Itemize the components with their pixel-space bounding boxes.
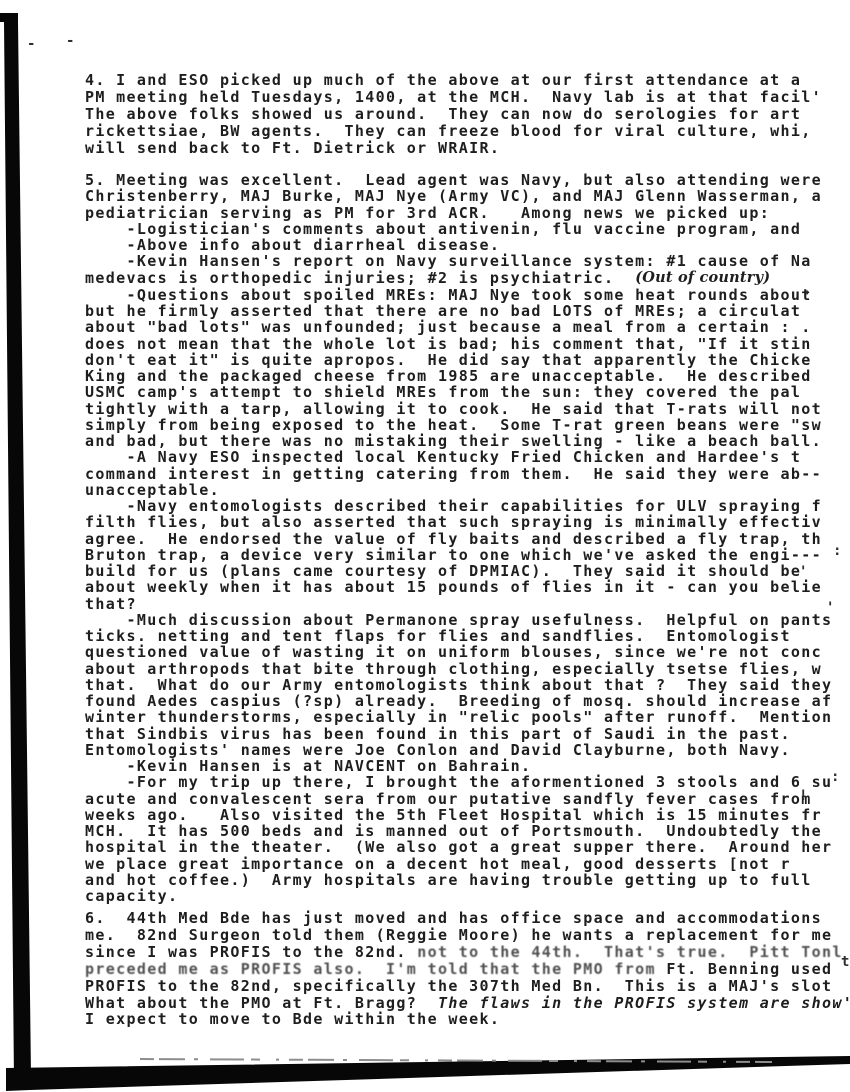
text-line: acute and convalescent sera from our put… — [85, 791, 832, 807]
text-segment: What about the PMO at Ft. Bragg? — [85, 994, 438, 1012]
text-line: -Kevin Hansen's report on Navy surveilla… — [85, 253, 832, 269]
smudged-text-segment: preceded me as PROFIS also. I'm told tha… — [85, 960, 666, 978]
paragraph-2: 5. Meeting was excellent. Lead agent was… — [85, 172, 832, 904]
italic-text-segment: The flaws in the PROFIS system are show' — [438, 994, 850, 1012]
text-line: and hot coffee.) Army hospitals are havi… — [85, 872, 832, 888]
text-line: since I was PROFIS to the 82nd. not to t… — [85, 944, 850, 961]
text-line: MCH. It has 500 beds and is manned out o… — [85, 823, 832, 839]
text-line: -A Navy ESO inspected local Kentucky Fri… — [85, 449, 832, 465]
text-line: questioned value of wasting it on unifor… — [85, 644, 832, 660]
text-line: found Aedes caspius (?sp) already. Breed… — [85, 693, 832, 709]
text-line: 6. 44th Med Bde has just moved and has o… — [85, 910, 850, 927]
text-segment: me. 82nd Surgeon told them (Reggie Moore… — [85, 926, 832, 944]
stray-scan-mark: ! — [799, 788, 809, 804]
text-line: that? — [85, 596, 832, 612]
stray-scan-mark: ' — [799, 564, 809, 580]
stray-scan-mark: : — [833, 543, 843, 559]
text-line: -Above info about diarrheal disease. — [85, 237, 832, 253]
text-line: will send back to Ft. Dietrick or WRAIR. — [85, 140, 822, 157]
text-segment: Ft. Benning used — [666, 960, 832, 978]
text-line: pediatrician serving as PM for 3rd ACR. … — [85, 205, 832, 221]
text-line: unacceptable. — [85, 482, 832, 498]
text-line: USMC camp's attempt to shield MREs from … — [85, 384, 832, 400]
text-line: What about the PMO at Ft. Bragg? The fla… — [85, 995, 850, 1012]
text-line: does not mean that the whole lot is bad;… — [85, 336, 832, 352]
text-line: 4. I and ESO picked up much of the above… — [85, 72, 822, 89]
text-line: Bruton trap, a device very similar to on… — [85, 547, 832, 563]
paragraph-3: 6. 44th Med Bde has just moved and has o… — [85, 910, 850, 1028]
text-line: I expect to move to Bde within the week. — [85, 1011, 850, 1028]
text-segment: since I was PROFIS to the 82nd. — [85, 943, 417, 961]
text-segment: will send back to Ft. Dietrick or WRAIR. — [85, 139, 500, 157]
text-line: -For my trip up there, I brought the afo… — [85, 774, 832, 790]
text-line: preceded me as PROFIS also. I'm told tha… — [85, 961, 850, 978]
stray-scan-mark: t — [841, 954, 850, 970]
text-segment: The above folks showed us around. They c… — [85, 105, 801, 123]
text-line: tightly with a tarp, allowing it to cook… — [85, 401, 832, 417]
paragraph-1: 4. I and ESO picked up much of the above… — [85, 72, 822, 157]
text-segment: rickettsiae, BW agents. They can freeze … — [85, 122, 812, 140]
text-segment: I expect to move to Bde within the week. — [85, 1010, 500, 1028]
text-line: but he firmly asserted that there are no… — [85, 303, 832, 319]
text-line: ticks. netting and tent flaps for flies … — [85, 628, 832, 644]
stray-scan-mark: : — [831, 769, 841, 785]
stray-scan-mark: ' — [803, 289, 813, 305]
text-line: -Navy entomologists described their capa… — [85, 498, 832, 514]
text-line: -Kevin Hansen is at NAVCENT on Bahrain. — [85, 758, 832, 774]
text-line: build for us (plans came courtesy of DPM… — [85, 563, 832, 579]
text-line: about weekly when it has about 15 pounds… — [85, 579, 832, 595]
text-line: me. 82nd Surgeon told them (Reggie Moore… — [85, 927, 850, 944]
text-segment: medevacs is orthopedic injuries; #2 is p… — [85, 269, 635, 287]
text-line: PROFIS to the 82nd, specifically the 307… — [85, 978, 850, 995]
text-line: Christenberry, MAJ Burke, MAJ Nye (Army … — [85, 188, 832, 204]
text-line: medevacs is orthopedic injuries; #2 is p… — [85, 270, 832, 287]
stray-scan-mark: - — [27, 36, 37, 52]
text-line: capacity. — [85, 888, 832, 904]
document-body: 4. I and ESO picked up much of the above… — [0, 0, 850, 1092]
text-line: Entomologists' names were Joe Conlon and… — [85, 742, 832, 758]
text-line: rickettsiae, BW agents. They can freeze … — [85, 123, 822, 140]
text-line: don't eat it" is quite apropos. He did s… — [85, 352, 832, 368]
text-line: agree. He endorsed the value of fly bait… — [85, 531, 832, 547]
text-line: -Logistician's comments about antivenin,… — [85, 221, 832, 237]
text-line: we place great importance on a decent ho… — [85, 856, 832, 872]
scanned-document-page: 4. I and ESO picked up much of the above… — [0, 0, 850, 1092]
text-line: weeks ago. Also visited the 5th Fleet Ho… — [85, 807, 832, 823]
text-segment: 4. I and ESO picked up much of the above… — [85, 71, 801, 89]
text-line: PM meeting held Tuesdays, 1400, at the M… — [85, 89, 822, 106]
text-line: hospital in the theater. (We also got a … — [85, 839, 832, 855]
text-line: about "bad lots" was unfounded; just bec… — [85, 319, 832, 335]
text-line: and bad, but there was no mistaking thei… — [85, 433, 832, 449]
text-segment: PM meeting held Tuesdays, 1400, at the M… — [85, 88, 822, 106]
text-line: winter thunderstorms, especially in "rel… — [85, 709, 832, 725]
text-line: -Much discussion about Permanone spray u… — [85, 612, 832, 628]
stray-scan-mark: - — [66, 33, 76, 49]
text-line: that. What do our Army entomologists thi… — [85, 677, 832, 693]
text-line: about arthropods that bite through cloth… — [85, 661, 832, 677]
handwritten-annotation: (Out of country) — [635, 269, 770, 286]
text-segment: 6. 44th Med Bde has just moved and has o… — [85, 909, 822, 927]
text-line: filth flies, but also asserted that such… — [85, 514, 832, 530]
smudged-text-segment: not to the 44th. That's true. Pitt Tonl — [417, 943, 843, 961]
text-line: 5. Meeting was excellent. Lead agent was… — [85, 172, 832, 188]
text-line: King and the packaged cheese from 1985 a… — [85, 368, 832, 384]
text-line: The above folks showed us around. They c… — [85, 106, 822, 123]
text-line: -Questions about spoiled MREs: MAJ Nye t… — [85, 287, 832, 303]
text-line: command interest in getting catering fro… — [85, 466, 832, 482]
stray-scan-mark: ' — [826, 600, 836, 616]
text-line: that Sindbis virus has been found in thi… — [85, 726, 832, 742]
text-line: simply from being exposed to the heat. S… — [85, 417, 832, 433]
text-segment: about weekly when it has about 15 pounds… — [85, 578, 822, 596]
text-segment: and hot coffee.) Army hospitals are havi… — [85, 871, 812, 889]
text-segment: capacity. — [85, 887, 178, 905]
text-segment: PROFIS to the 82nd, specifically the 307… — [85, 977, 832, 995]
